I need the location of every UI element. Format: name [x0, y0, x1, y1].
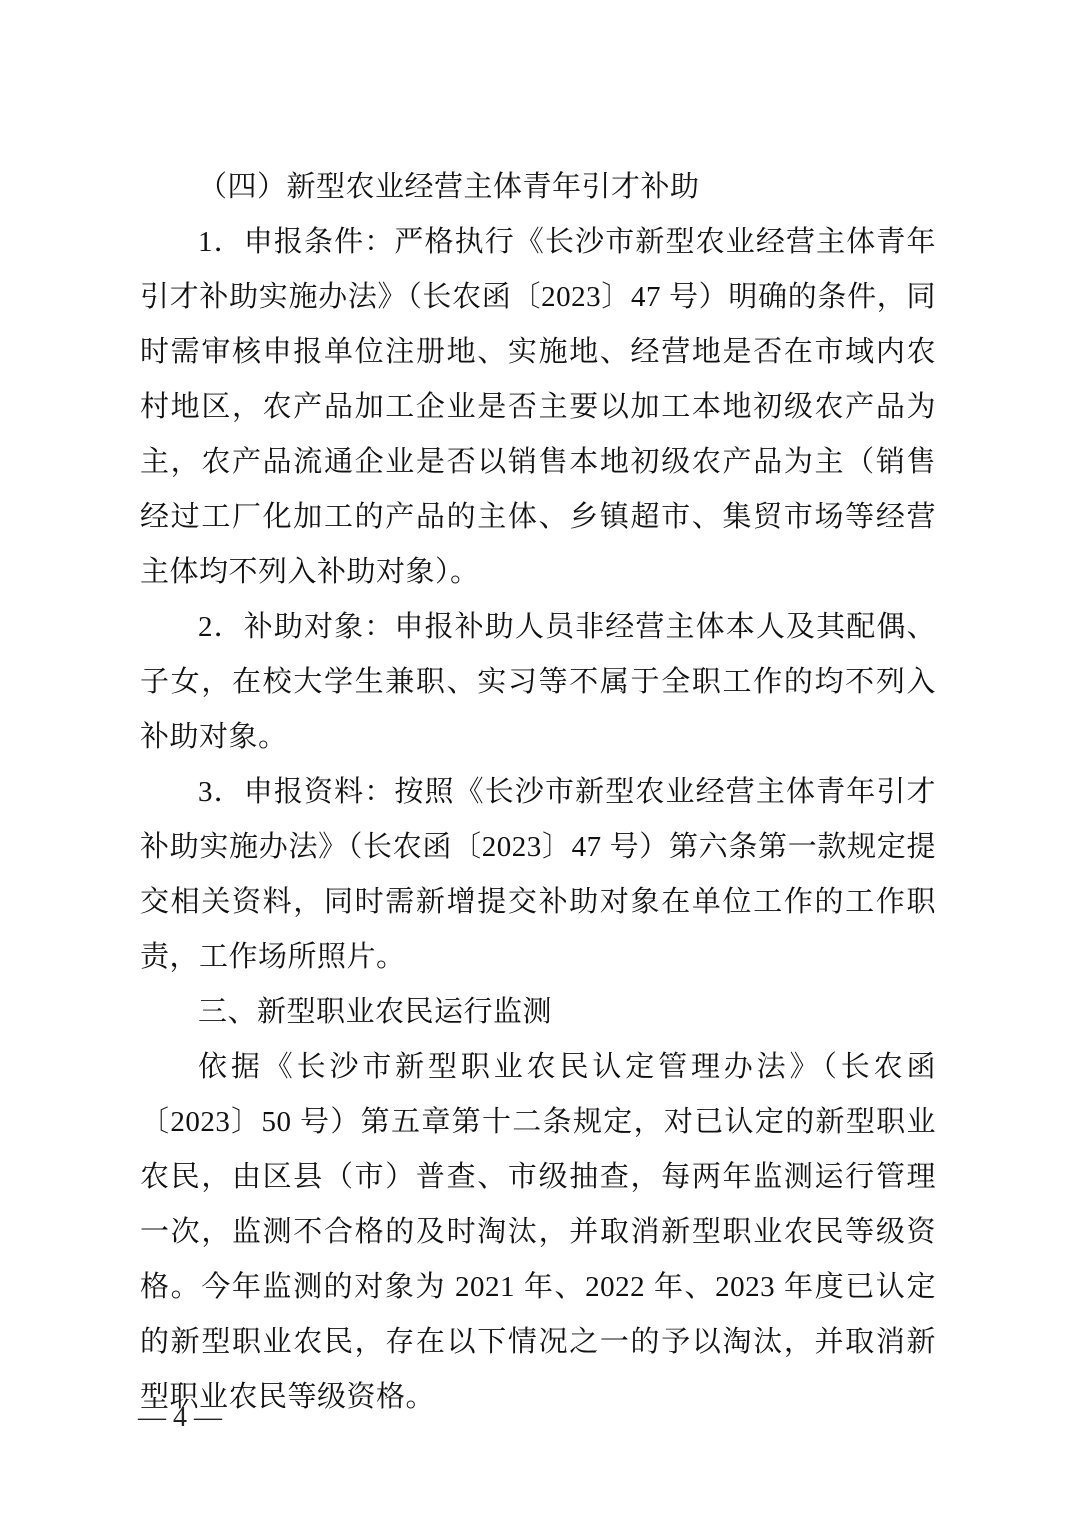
- document-body: （四）新型农业经营主体青年引才补助 1．申报条件：严格执行《长沙市新型农业经营主…: [140, 160, 936, 1425]
- paragraph-monitoring-rules: 依据《长沙市新型职业农民认定管理办法》（长农函〔2023〕50 号）第五章第十二…: [140, 1040, 936, 1425]
- paragraph-subsidy-targets: 2．补助对象：申报补助人员非经营主体本人及其配偶、子女，在校大学生兼职、实习等不…: [140, 600, 936, 765]
- document-page: （四）新型农业经营主体青年引才补助 1．申报条件：严格执行《长沙市新型农业经营主…: [0, 0, 1074, 1520]
- page-number: — 4 —: [138, 1398, 222, 1438]
- section-heading-4-youth-talent-subsidy: （四）新型农业经营主体青年引才补助: [140, 160, 936, 215]
- paragraph-application-materials: 3．申报资料：按照《长沙市新型农业经营主体青年引才补助实施办法》（长农函〔202…: [140, 765, 936, 985]
- section-heading-3-farmer-monitoring: 三、新型职业农民运行监测: [140, 985, 936, 1040]
- paragraph-application-conditions: 1．申报条件：严格执行《长沙市新型农业经营主体青年引才补助实施办法》（长农函〔2…: [140, 215, 936, 600]
